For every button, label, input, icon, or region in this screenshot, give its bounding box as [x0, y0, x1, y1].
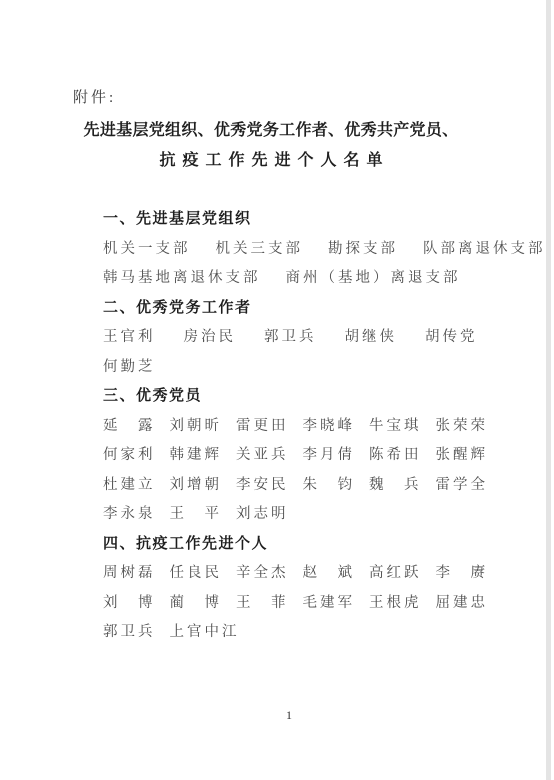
- list-name: 高红跃: [369, 565, 422, 582]
- list-name: 李 赓: [436, 565, 489, 582]
- list-name: 刘志明: [236, 506, 289, 523]
- list-name: 赵 斌: [303, 565, 356, 582]
- document-title-line2: 抗疫工作先进个人名单: [0, 146, 542, 176]
- list-name: 王 菲: [236, 595, 289, 612]
- name-row: 李永泉王 平刘志明: [103, 506, 530, 523]
- name-row: 刘 博蔺 博王 菲毛建军王根虎屈建忠: [103, 595, 530, 612]
- document-title-line1: 先进基层党组织、优秀党务工作者、优秀共产党员、: [0, 116, 542, 146]
- list-name: 机关一支部: [103, 241, 191, 258]
- name-row: 何勤芝: [103, 359, 530, 376]
- name-row: 郭卫兵上官中江: [103, 624, 530, 641]
- list-name: 朱 钧: [303, 477, 356, 494]
- page-number: 1: [0, 708, 554, 723]
- list-name: 李晓峰: [303, 418, 356, 435]
- name-row: 何家利韩建辉关亚兵李月倩陈希田张醒辉: [103, 447, 530, 464]
- list-name: 房治民: [184, 329, 237, 346]
- list-name: 任良民: [170, 565, 223, 582]
- list-name: 杜建立: [103, 477, 156, 494]
- name-row: 机关一支部机关三支部勘探支部队部离退休支部: [103, 241, 530, 258]
- list-name: 郭卫兵: [264, 329, 317, 346]
- attachment-label: 附件:: [73, 86, 116, 107]
- name-row: 周树磊任良民辛全杰赵 斌高红跃李 赓: [103, 565, 530, 582]
- list-name: 韩马基地离退休支部: [103, 270, 261, 287]
- document-page: 附件: 先进基层党组织、优秀党务工作者、优秀共产党员、 抗疫工作先进个人名单 一…: [0, 0, 554, 780]
- section-heading: 一、先进基层党组织: [103, 211, 530, 228]
- list-name: 何勤芝: [103, 359, 156, 376]
- name-row: 延 露刘朝昕雷更田李晓峰牛宝琪张荣荣: [103, 418, 530, 435]
- section-heading: 四、抗疫工作先进个人: [103, 536, 530, 553]
- list-name: 李月倩: [303, 447, 356, 464]
- list-name: 郭卫兵: [103, 624, 156, 641]
- document-title: 先进基层党组织、优秀党务工作者、优秀共产党员、 抗疫工作先进个人名单: [0, 116, 542, 176]
- list-name: 延 露: [103, 418, 156, 435]
- list-name: 王 平: [170, 506, 223, 523]
- list-name: 魏 兵: [369, 477, 422, 494]
- list-name: 辛全杰: [236, 565, 289, 582]
- section-heading: 三、优秀党员: [103, 388, 530, 405]
- list-name: 陈希田: [369, 447, 422, 464]
- list-name: 刘增朝: [170, 477, 223, 494]
- list-name: 胡传党: [425, 329, 478, 346]
- list-name: 屈建忠: [436, 595, 489, 612]
- list-name: 上官中江: [170, 624, 240, 641]
- list-name: 周树磊: [103, 565, 156, 582]
- section: 一、先进基层党组织机关一支部机关三支部勘探支部队部离退休支部韩马基地离退休支部商…: [103, 211, 530, 287]
- list-name: 勘探支部: [328, 241, 398, 258]
- list-name: 雷更田: [236, 418, 289, 435]
- list-name: 王官利: [103, 329, 156, 346]
- section-heading: 二、优秀党务工作者: [103, 300, 530, 317]
- list-name: 张醒辉: [436, 447, 489, 464]
- list-name: 李永泉: [103, 506, 156, 523]
- list-name: 何家利: [103, 447, 156, 464]
- list-name: 胡继侠: [345, 329, 398, 346]
- name-row: 韩马基地离退休支部商州（基地）离退支部: [103, 270, 530, 287]
- list-name: 韩建辉: [170, 447, 223, 464]
- list-name: 毛建军: [303, 595, 356, 612]
- sections: 一、先进基层党组织机关一支部机关三支部勘探支部队部离退休支部韩马基地离退休支部商…: [103, 211, 530, 654]
- list-name: 机关三支部: [216, 241, 304, 258]
- list-name: 刘 博: [103, 595, 156, 612]
- list-name: 刘朝昕: [170, 418, 223, 435]
- list-name: 商州（基地）离退支部: [286, 270, 461, 287]
- list-name: 牛宝琪: [369, 418, 422, 435]
- list-name: 队部离退休支部: [423, 241, 546, 258]
- name-row: 王官利房治民郭卫兵胡继侠胡传党: [103, 329, 530, 346]
- section: 三、优秀党员延 露刘朝昕雷更田李晓峰牛宝琪张荣荣何家利韩建辉关亚兵李月倩陈希田张…: [103, 388, 530, 523]
- list-name: 雷学全: [436, 477, 489, 494]
- list-name: 李安民: [236, 477, 289, 494]
- section: 二、优秀党务工作者王官利房治民郭卫兵胡继侠胡传党何勤芝: [103, 300, 530, 376]
- list-name: 关亚兵: [236, 447, 289, 464]
- list-name: 张荣荣: [436, 418, 489, 435]
- list-name: 王根虎: [369, 595, 422, 612]
- list-name: 蔺 博: [170, 595, 223, 612]
- page-edge: [546, 0, 551, 780]
- section: 四、抗疫工作先进个人周树磊任良民辛全杰赵 斌高红跃李 赓刘 博蔺 博王 菲毛建军…: [103, 536, 530, 642]
- name-row: 杜建立刘增朝李安民朱 钧魏 兵雷学全: [103, 477, 530, 494]
